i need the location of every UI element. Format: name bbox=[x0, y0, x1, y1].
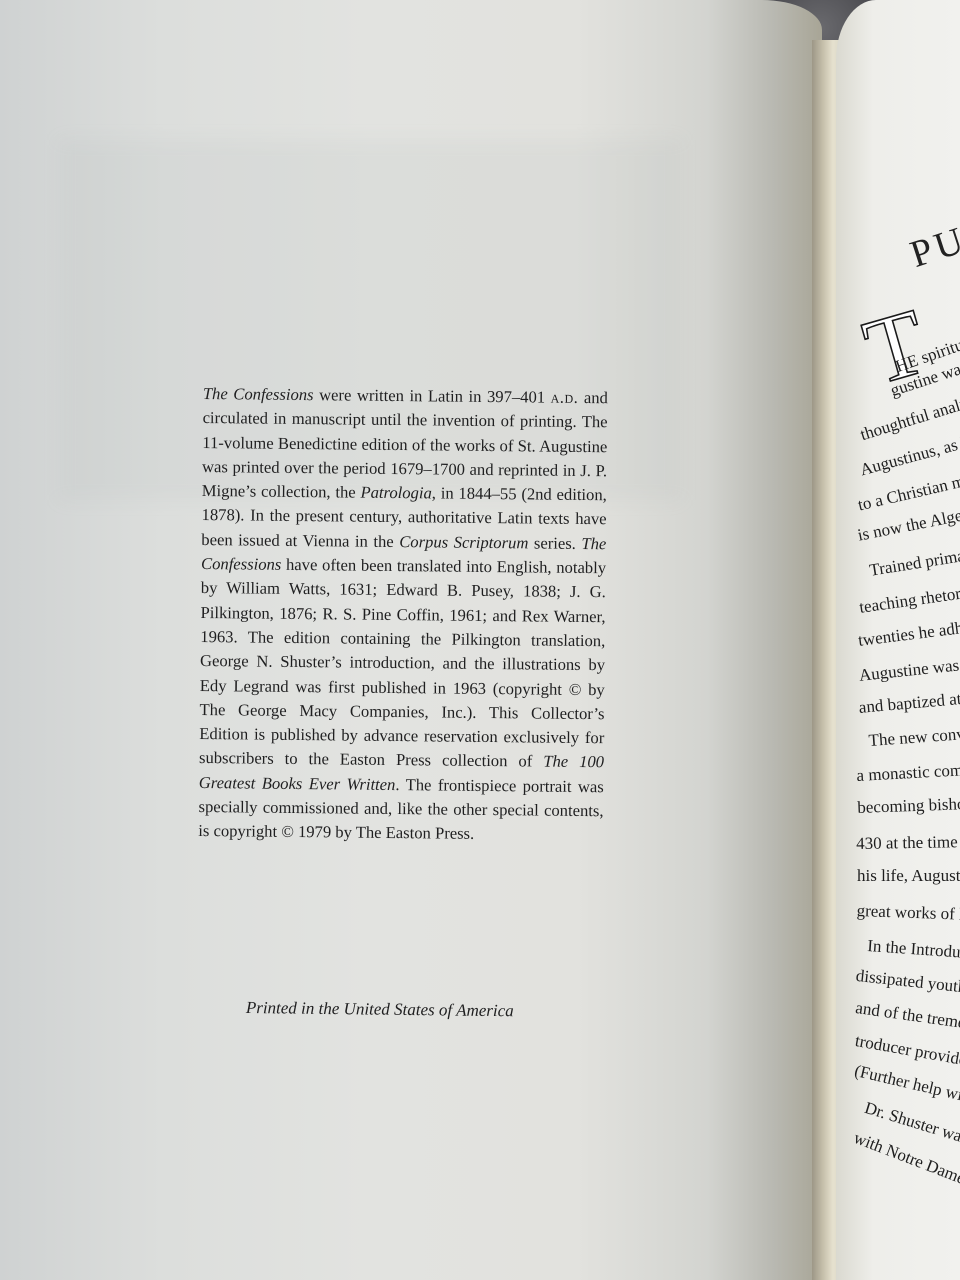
colophon-text: The Confessions were written in Latin in… bbox=[198, 382, 608, 848]
printed-in-line: Printed in the United States of America bbox=[246, 998, 566, 1022]
colophon-paragraph: The Confessions were written in Latin in… bbox=[198, 382, 608, 848]
text-run: Corpus Scriptorum bbox=[399, 532, 528, 552]
text-run: The Confessions bbox=[203, 384, 314, 404]
right-page-line: 430 at the time the bbox=[856, 832, 960, 854]
text-run: Patrologia bbox=[360, 483, 431, 503]
right-page-line: becoming bishop i bbox=[857, 794, 960, 818]
text-run: were written in Latin in 397–401 bbox=[313, 385, 550, 406]
text-run: have often been translated into English,… bbox=[199, 555, 606, 771]
right-page-line: his life, Augustine bbox=[857, 866, 960, 886]
text-run: series. bbox=[528, 533, 581, 553]
text-run: a.d. bbox=[551, 388, 579, 407]
